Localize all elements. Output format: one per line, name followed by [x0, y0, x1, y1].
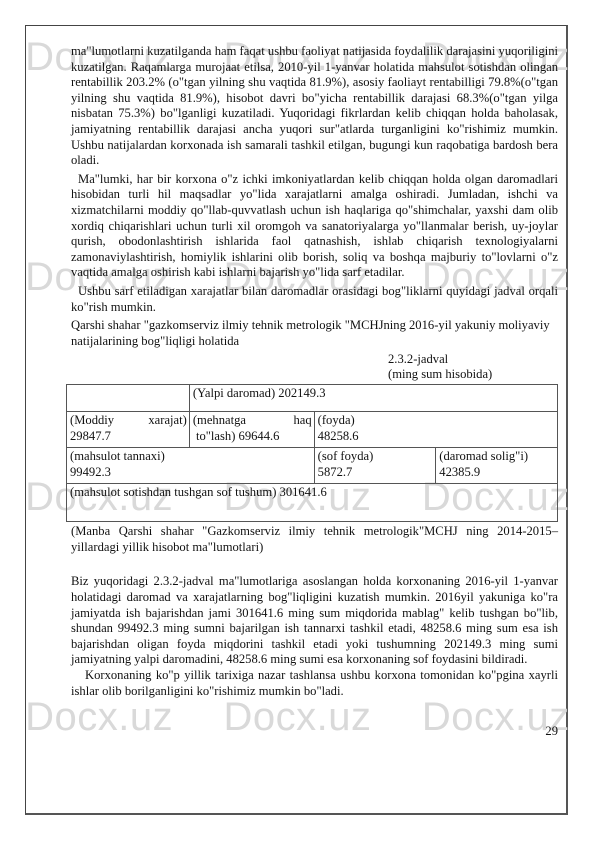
cell-mehnat-haq: (mehnatgahaq to"lash) 69644.6: [189, 412, 314, 448]
cell-label: (mahsulot tannaxi): [70, 449, 312, 465]
table-cell-empty: [67, 385, 190, 412]
source-note: (Manba Qarshi shahar "Gazkomserviz ilmiy…: [71, 524, 558, 555]
page-number: 29: [71, 724, 558, 740]
table-row: (mahsulot sotishdan tushgan sof tushum) …: [67, 484, 558, 522]
cell-label: haq: [293, 413, 311, 429]
paragraph-xarajatlar: Ma"lumki, har bir korxona o"z ichki imko…: [71, 172, 558, 281]
cell-foyda: (foyda) 48258.6: [314, 412, 557, 448]
paragraph-xayrli-ishlar: Korxonaning ko"p yillik tarixiga nazar t…: [71, 668, 558, 699]
cell-moddiy-xarajat: (Moddiyxarajat) 29847.7: [67, 412, 190, 448]
paragraph-rentabillik: ma"lumotlarni kuzatilganda ham faqat ush…: [71, 44, 558, 169]
cell-label: (daromad solig"i): [439, 449, 555, 465]
cell-label: (foyda): [318, 413, 555, 429]
cell-value: 29847.7: [70, 429, 187, 445]
table-caption: 2.3.2-jadval (ming sum hisobida): [388, 352, 558, 382]
document-body: ma"lumotlarni kuzatilganda ham faqat ush…: [71, 44, 558, 740]
table-row: (Moddiyxarajat) 29847.7 (mehnatgahaq to"…: [67, 412, 558, 448]
paragraph-boglik: Ushbu sarf etiladigan xarajatlar bilan d…: [71, 284, 558, 315]
cell-value: 42385.9: [439, 465, 555, 481]
financial-results-table: (Yalpi daromad) 202149.3 (Moddiyxarajat)…: [66, 384, 558, 522]
cell-yalpi-daromad: (Yalpi daromad) 202149.3: [189, 385, 557, 412]
table-number: 2.3.2-jadval: [388, 352, 558, 367]
cell-value: 5872.7: [318, 465, 434, 481]
cell-mahsulot-tannarxi: (mahsulot tannaxi) 99492.3: [67, 448, 315, 484]
cell-sof-tushum: (mahsulot sotishdan tushgan sof tushum) …: [67, 484, 558, 522]
cell-value: to"lash) 69644.6: [193, 429, 312, 445]
table-row: (Yalpi daromad) 202149.3: [67, 385, 558, 412]
table-title: Qarshi shahar "gazkomserviz ilmiy tehnik…: [71, 318, 558, 349]
cell-label: (sof foyda): [318, 449, 434, 465]
paragraph-tahlil: Biz yuqoridagi 2.3.2-jadval ma"lumotlari…: [71, 574, 558, 668]
cell-daromad-soligi: (daromad solig"i) 42385.9: [436, 448, 558, 484]
cell-value: 48258.6: [318, 429, 555, 445]
cell-value: 99492.3: [70, 465, 312, 481]
cell-label: (Moddiy: [70, 413, 114, 429]
cell-label: (mehnatga: [193, 413, 246, 429]
table-row: (mahsulot tannaxi) 99492.3 (sof foyda) 5…: [67, 448, 558, 484]
cell-label: xarajat): [148, 413, 186, 429]
cell-sof-foyda: (sof foyda) 5872.7: [314, 448, 436, 484]
table-unit: (ming sum hisobida): [388, 367, 558, 382]
